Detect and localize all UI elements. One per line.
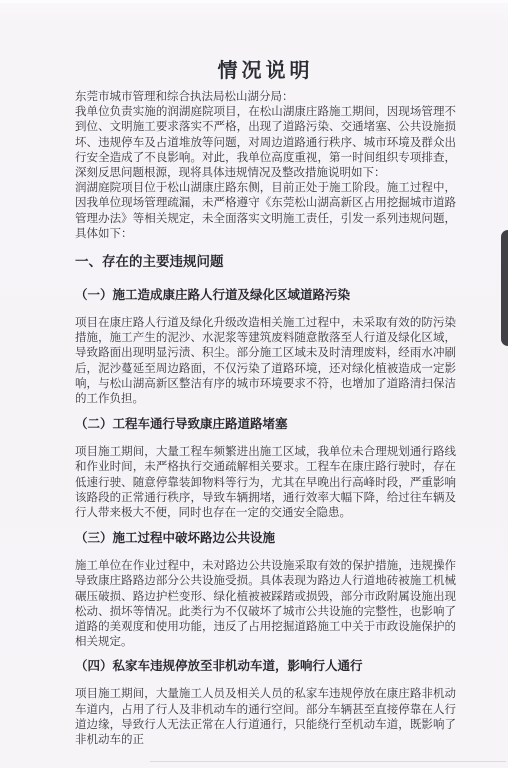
scanned-document-page: 情况说明 东莞市城市管理和综合执法局松山湖分局： 我单位负责实施的润湖庭院项目，…	[0, 0, 508, 768]
subsection-1-heading: （一）施工造成康庄路人行道及绿化区域道路污染	[75, 287, 456, 303]
subsection-2-body: 项目施工期间，大量工程车频繁进出施工区域，我单位未合理规划通行路线和作业时间，未…	[75, 445, 456, 521]
subsection-4-body: 项目施工期间，大量施工人员及相关人员的私家车违规停放在康庄路非机动车道内，占用了…	[75, 687, 456, 748]
salutation-line: 东莞市城市管理和综合执法局松山湖分局：	[75, 90, 456, 105]
subsection-4-heading: （四）私家车违规停放至非机动车道，影响行人通行	[75, 658, 456, 674]
section-1-heading: 一、存在的主要违规问题	[75, 254, 456, 270]
subsection-3-body: 施工单位在作业过程中，未对路边公共设施采取有效的保护措施，违规操作导致康庄路路边…	[75, 559, 456, 650]
scrollbar-thumb[interactable]	[501, 230, 508, 346]
project-overview-paragraph: 润湖庭院项目位于松山湖康庄路东侧，目前正处于施工阶段。施工过程中，因我单位现场管…	[75, 181, 456, 242]
document-content: 情况说明 东莞市城市管理和综合执法局松山湖分局： 我单位负责实施的润湖庭院项目，…	[75, 0, 456, 748]
subsection-3-heading: （三）施工过程中破坏路边公共设施	[75, 530, 456, 546]
subsection-2-heading: （二）工程车通行导致康庄路道路堵塞	[75, 416, 456, 432]
scan-artifact-line	[150, 761, 506, 762]
document-title: 情况说明	[75, 56, 456, 86]
intro-paragraph: 我单位负责实施的润湖庭院项目，在松山湖康庄路施工期间，因现场管理不到位、文明施工…	[75, 105, 456, 181]
subsection-1-body: 项目在康庄路人行道及绿化升级改造相关施工过程中，未采取有效的防污染措施，施工产生…	[75, 316, 456, 407]
